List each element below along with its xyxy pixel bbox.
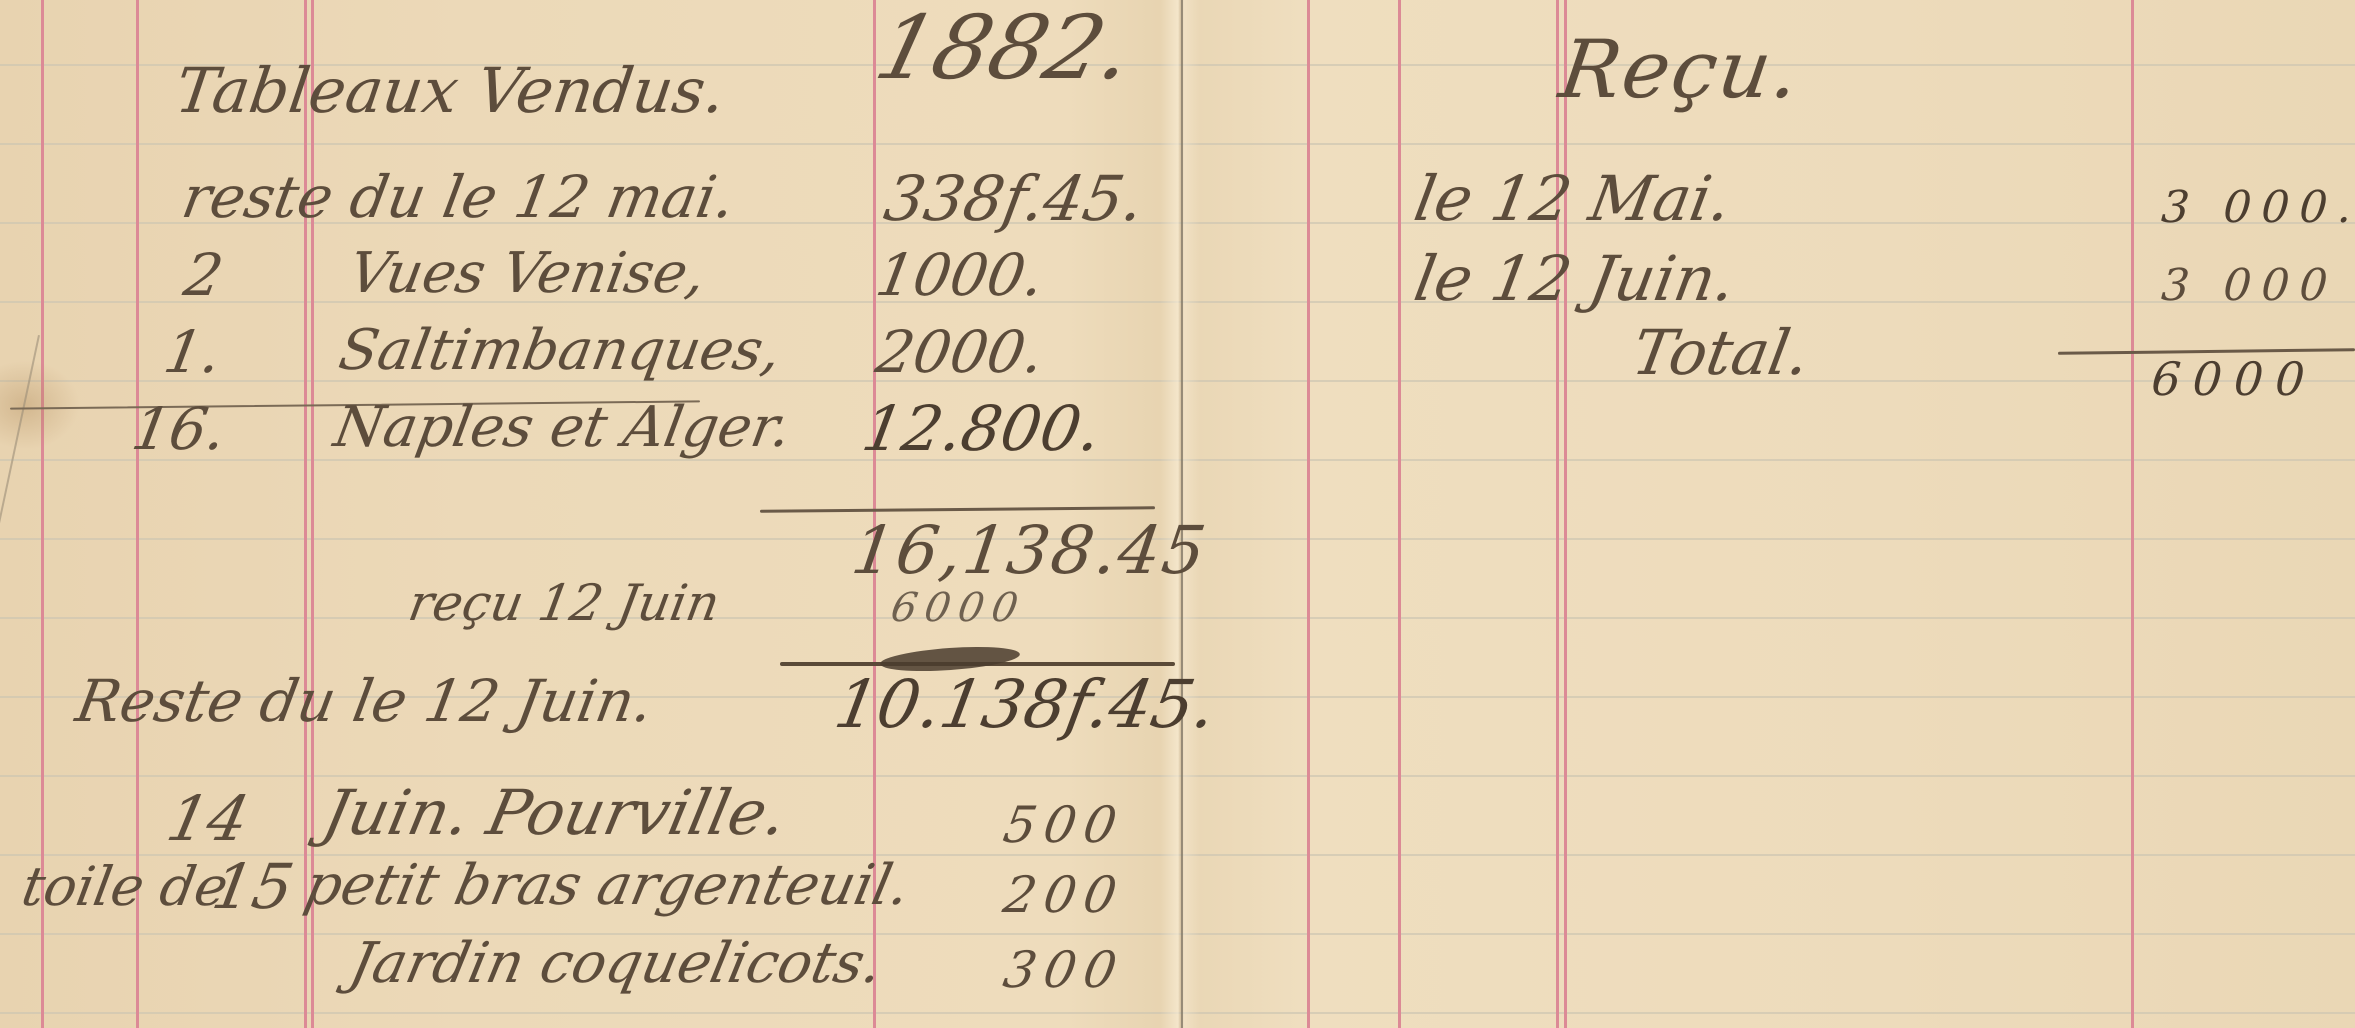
receipt-amount: 3 000.: [2160, 186, 2355, 230]
entry-desc: Naples et Alger.: [330, 400, 795, 456]
balance-label: Reste du le 12 Juin.: [72, 672, 657, 730]
right-ledger-page: [1183, 0, 2355, 1028]
entry-amount: 338f.45.: [880, 168, 1148, 230]
subtotal-amount: 16,138.45: [848, 518, 1211, 584]
receipt-date: le 12 Mai.: [1410, 168, 1736, 230]
entry-qty: 14: [162, 788, 254, 850]
margin-rule: [1398, 0, 1401, 1028]
entry-amount: 1000.: [872, 246, 1048, 304]
entry-amount: 2000.: [872, 323, 1048, 381]
receipt-total-amount: 6000: [2150, 356, 2318, 402]
entry-margin-note: toile de: [18, 860, 232, 914]
received-amount: 6000: [888, 588, 1029, 628]
amount-column-rule: [2131, 0, 2134, 1028]
entry-desc: reste du le 12 mai.: [178, 168, 739, 226]
receipt-date: le 12 Juin.: [1410, 248, 1740, 310]
entry-qty: 15: [208, 856, 298, 918]
entry-amount: 500: [1000, 800, 1128, 850]
receipt-amount: 3 000: [2160, 264, 2339, 308]
balance-amount: 10.138f.45.: [830, 672, 1221, 738]
entry-amount: 300: [1000, 945, 1128, 995]
entry-desc: petit bras argenteuil.: [300, 858, 915, 914]
entry-desc: Saltimbanques,: [335, 323, 785, 379]
margin-rule-double-b: [1564, 0, 1567, 1028]
margin-rule-double-a: [1556, 0, 1559, 1028]
entry-desc: Vues Venise,: [345, 246, 710, 302]
entry-amount: 200: [1000, 870, 1128, 920]
receipt-total-label: Total.: [1628, 322, 1814, 384]
margin-rule-double-a: [304, 0, 307, 1028]
received-page-title: Reçu.: [1555, 30, 1806, 110]
ledger-year: 1882.: [868, 4, 1142, 92]
entry-desc: Jardin coquelicots.: [345, 936, 887, 992]
received-label: reçu 12 Juin: [405, 578, 723, 628]
entry-desc: Juin. Pourville.: [318, 782, 792, 844]
entry-qty: 16.: [128, 400, 230, 458]
entry-qty: 1.: [160, 323, 226, 381]
margin-rule: [1307, 0, 1310, 1028]
entry-amount: 12.800.: [858, 398, 1106, 460]
ledger-title: Tableaux Vendus.: [172, 60, 729, 122]
